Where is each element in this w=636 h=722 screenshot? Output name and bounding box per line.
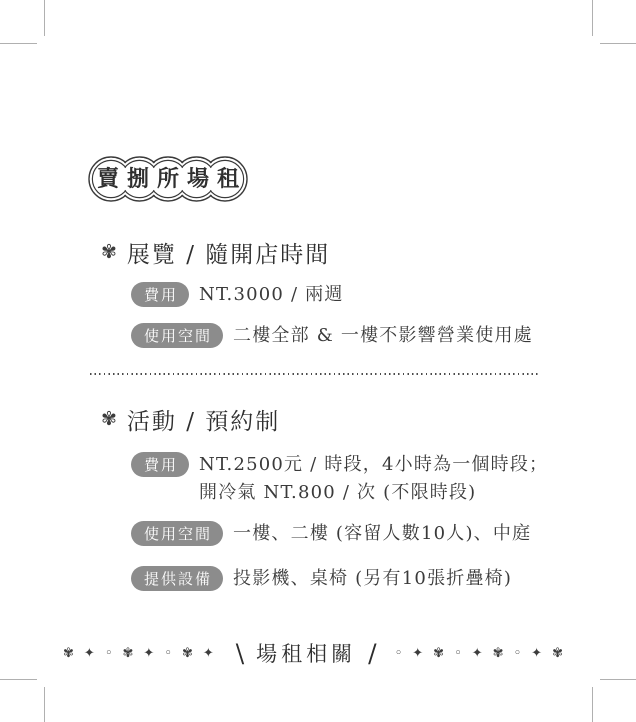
- crop-mark-top-right-horizontal: [600, 43, 636, 44]
- fee-row: 費用 NT.3000 / 兩週: [131, 282, 344, 310]
- section-heading-text: 展覽 / 隨開店時間: [127, 236, 330, 269]
- fee-tag: 費用: [131, 452, 189, 477]
- crop-mark-top-left-horizontal: [0, 43, 37, 44]
- crop-mark-top-right-vertical: [592, 0, 593, 36]
- dotted-divider: [90, 373, 540, 375]
- crop-mark-bottom-right-horizontal: [600, 679, 636, 680]
- slash-decoration: /: [368, 641, 376, 667]
- space-tag: 使用空間: [131, 323, 223, 348]
- crop-mark-bottom-left-vertical: [44, 687, 45, 722]
- space-row: 使用空間 二樓全部 & 一樓不影響營業使用處: [131, 323, 533, 351]
- fee-tag: 費用: [131, 282, 189, 307]
- equipment-row: 提供設備 投影機、桌椅 (另有10張折疊椅): [131, 566, 512, 594]
- fee-value-line: NT.2500元 / 時段，4小時為一個時段；: [199, 449, 548, 480]
- fee-value-lines: NT.2500元 / 時段，4小時為一個時段； 開冷氣 NT.800 / 次 (…: [199, 452, 548, 508]
- badge-title: 賣捌所場租: [88, 156, 248, 202]
- footer-ornament-row: ✾✦◦✾✦◦✾✦ \ 場租相關 / ◦✦✾◦✦✾◦✦✾: [0, 641, 636, 667]
- crop-mark-top-left-vertical: [44, 0, 45, 36]
- equipment-value: 投影機、桌椅 (另有10張折疊椅): [233, 563, 512, 594]
- flower-icon: ✾: [101, 243, 117, 262]
- fee-row: 費用 NT.2500元 / 時段，4小時為一個時段； 開冷氣 NT.800 / …: [131, 452, 548, 508]
- ornament-row-right: ◦✦✾◦✦✾◦✦✾: [395, 641, 573, 667]
- rental-info-flyer: 賣捌所場租 ✾ 展覽 / 隨開店時間 費用 NT.3000 / 兩週 使用空間 …: [0, 0, 636, 722]
- crop-mark-bottom-right-vertical: [592, 687, 593, 722]
- fee-value: NT.3000 / 兩週: [199, 279, 344, 310]
- space-value: 二樓全部 & 一樓不影響營業使用處: [233, 320, 533, 351]
- equipment-tag: 提供設備: [131, 566, 223, 591]
- title-badge: 賣捌所場租: [88, 156, 248, 202]
- space-tag: 使用空間: [131, 521, 223, 546]
- backslash-decoration: \: [236, 641, 244, 667]
- crop-mark-bottom-left-horizontal: [0, 679, 37, 680]
- section-exhibition-heading: ✾ 展覽 / 隨開店時間: [101, 236, 330, 269]
- flower-icon: ✾: [101, 410, 117, 429]
- section-event-heading: ✾ 活動 / 預約制: [101, 403, 280, 436]
- section-heading-text: 活動 / 預約制: [127, 403, 280, 436]
- space-row: 使用空間 一樓、二樓 (容留人數10人)、中庭: [131, 521, 531, 549]
- ornament-row-left: ✾✦◦✾✦◦✾✦: [63, 641, 224, 667]
- fee-value-line: 開冷氣 NT.800 / 次 (不限時段): [199, 477, 548, 508]
- footer-title: 場租相關: [256, 641, 356, 667]
- space-value: 一樓、二樓 (容留人數10人)、中庭: [233, 518, 531, 549]
